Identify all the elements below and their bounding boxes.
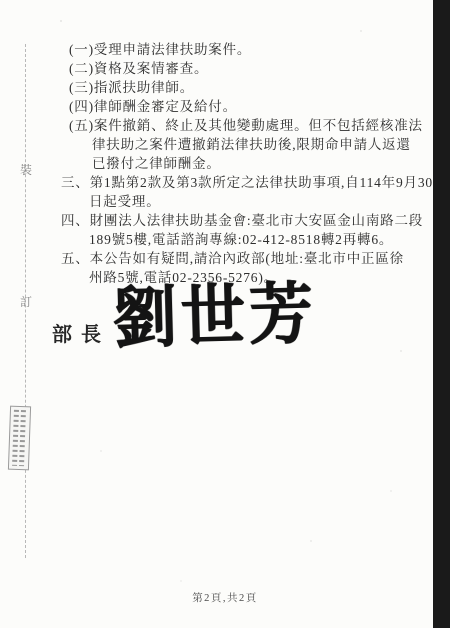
list-item: (二)資格及案情審查。 [0,59,440,78]
list-item: (一)受理申請法律扶助案件。 [0,40,440,59]
stamp-text-smudge [12,410,19,466]
list-item: (三)指派扶助律師。 [0,78,440,97]
list-item: (五)案件撤銷、終止及其他變動處理。但不包括經核准法 [0,116,440,135]
list-item-continuation: 律扶助之案件遭撤銷法律扶助後,限期命申請人返還 [0,135,440,154]
list-item: 四、財團法人法律扶助基金會:臺北市大安區金山南路二段 [0,211,440,230]
page-number-indicator: 第2頁,共2頁 [0,590,450,605]
minister-signature-calligraphy: 劉世芳 [111,260,317,361]
minister-signature-block: 部長 劉世芳 [52,278,318,363]
illegible-stamp [8,406,31,471]
list-item-continuation: 日起受理。 [0,192,440,211]
stamp-text-smudge [19,410,26,466]
announcement-body: (一)受理申請法律扶助案件。 (二)資格及案情審查。 (三)指派扶助律師。 (四… [0,40,440,287]
list-item: (四)律師酬金審定及給付。 [0,97,440,116]
scanned-document-page: 裝 訂 (一)受理申請法律扶助案件。 (二)資格及案情審查。 (三)指派扶助律師… [0,0,450,628]
list-item-continuation: 已撥付之律師酬金。 [0,154,440,173]
scan-noise [60,20,62,22]
binding-mark-ding: 訂 [15,293,37,310]
minister-title: 部長 [52,318,110,347]
list-item: 三、第1點第2款及第3款所定之法律扶助事項,自114年9月30 [0,173,440,192]
scanner-black-edge [433,0,450,628]
list-item-continuation: 189號5樓,電話諮詢專線:02-412-8518轉2再轉6。 [0,230,440,249]
